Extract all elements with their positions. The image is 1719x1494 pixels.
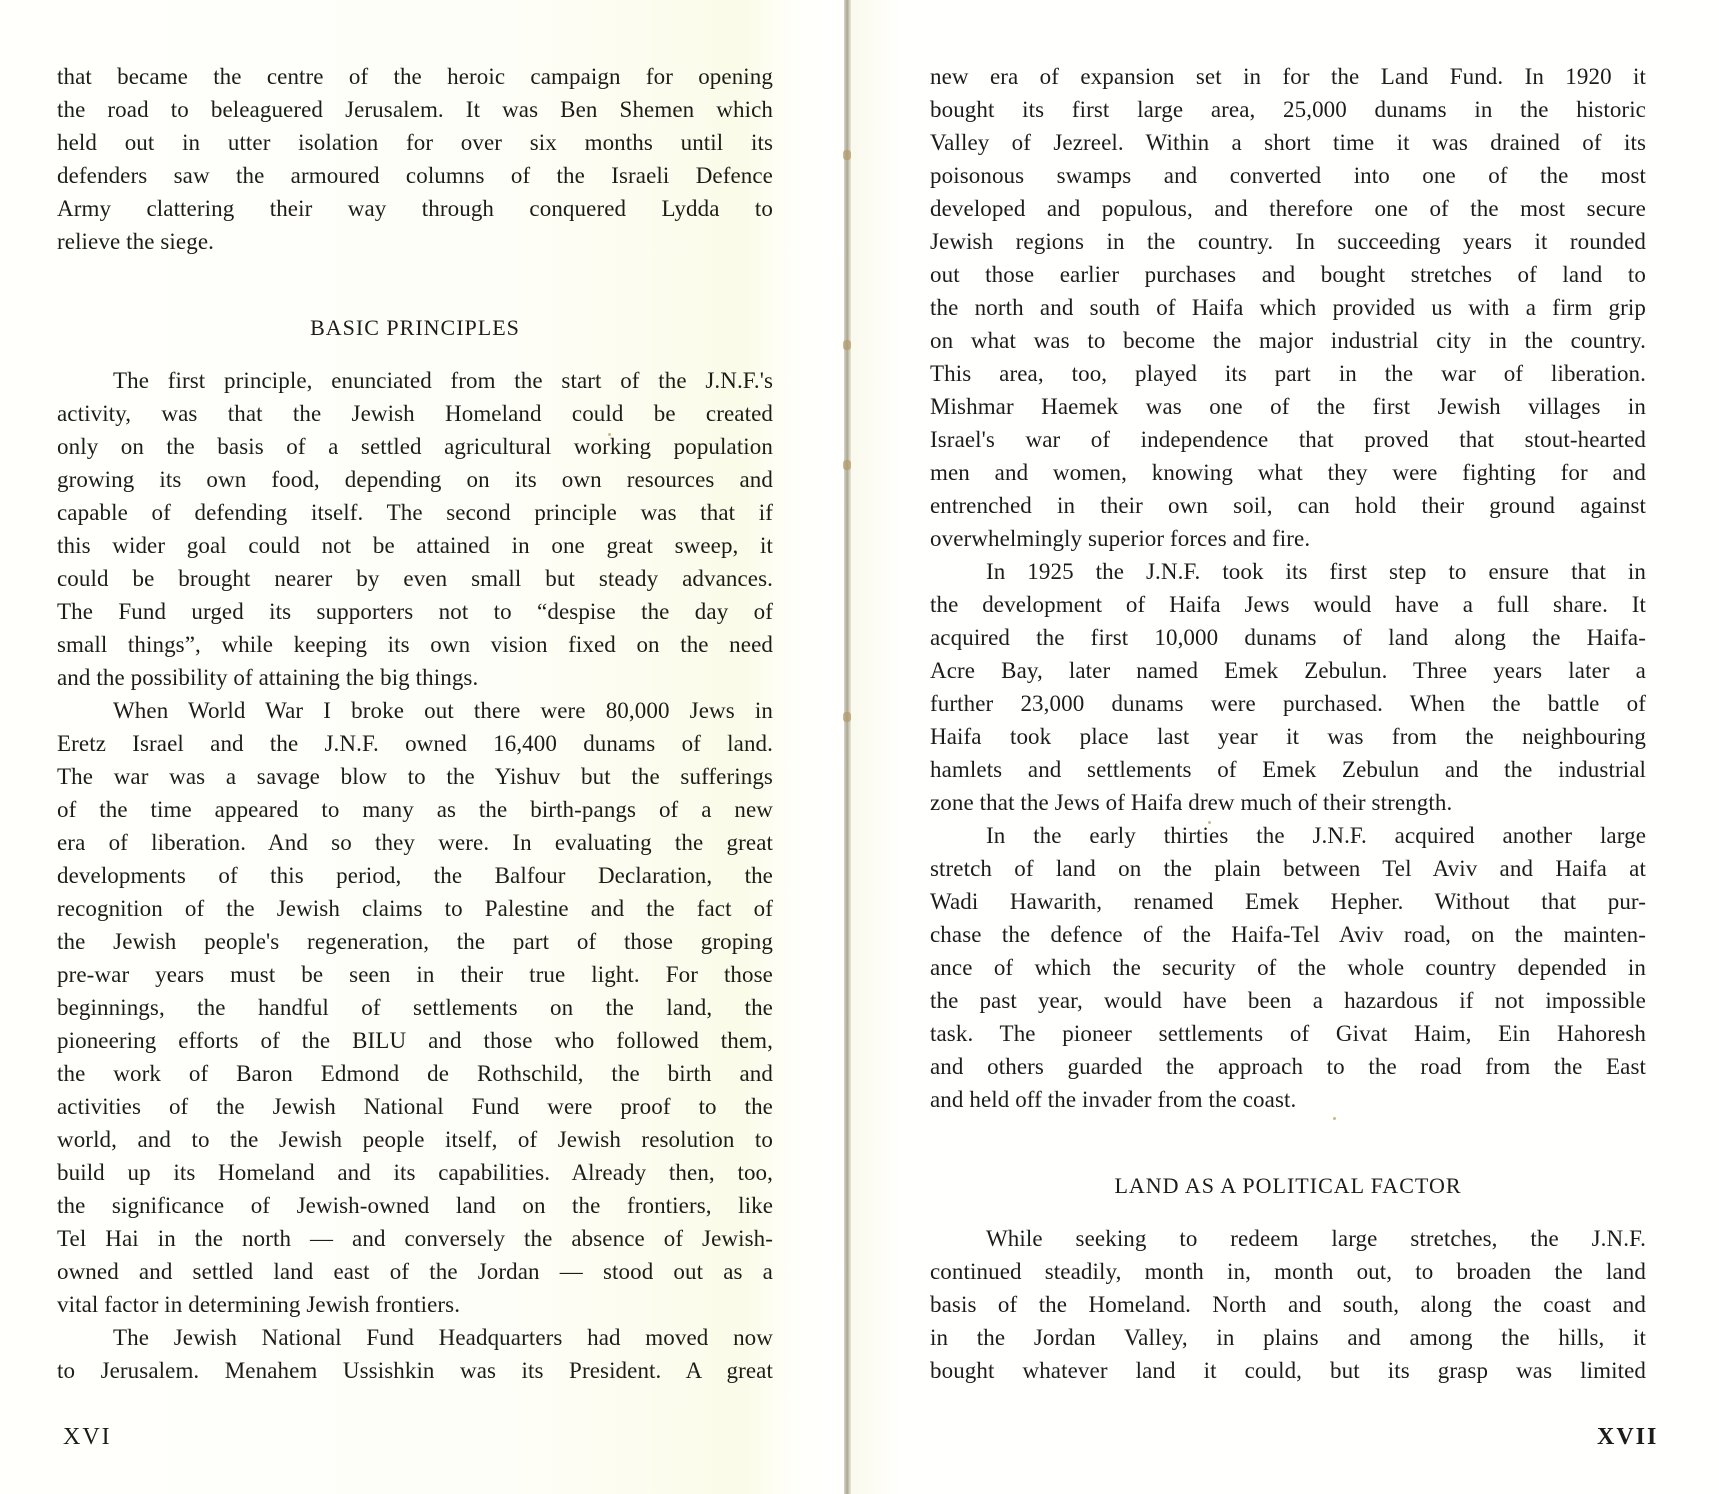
text-line: small things”, while keeping its own vis… (57, 628, 773, 661)
text-line: and held off the invader from the coast. (930, 1083, 1646, 1116)
text-line: held out in utter isolation for over six… (57, 126, 773, 159)
text-line: bought its first large area, 25,000 duna… (930, 93, 1646, 126)
text-line: the road to beleaguered Jerusalem. It wa… (57, 93, 773, 126)
text-line: hamlets and settlements of Emek Zebulun … (930, 753, 1646, 786)
paper-speck (1208, 821, 1211, 824)
text-line: pioneering efforts of the BILU and those… (57, 1024, 773, 1057)
text-line: Acre Bay, later named Emek Zebulun. Thre… (930, 654, 1646, 687)
text-line: basis of the Homeland. North and south, … (930, 1288, 1646, 1321)
continuation-paragraph: that became the centre of the heroic cam… (57, 60, 773, 258)
text-line: Eretz Israel and the J.N.F. owned 16,400… (57, 727, 773, 760)
text-line: developed and populous, and therefore on… (930, 192, 1646, 225)
paragraph-1925: In 1925 the J.N.F. took its first step t… (930, 555, 1646, 819)
text-line: Valley of Jezreel. Within a short time i… (930, 126, 1646, 159)
text-line: era of liberation. And so they were. In … (57, 826, 773, 859)
text-line: The Fund urged its supporters not to “de… (57, 595, 773, 628)
text-line: on what was to become the major industri… (930, 324, 1646, 357)
left-page-text-column: that became the centre of the heroic cam… (57, 60, 773, 1387)
book-spread: that became the centre of the heroic cam… (0, 0, 1719, 1494)
text-line: activity, was that the Jewish Homeland c… (57, 397, 773, 430)
paper-speck (608, 433, 611, 436)
text-line: In 1925 the J.N.F. took its first step t… (930, 555, 1646, 588)
text-line: of the time appeared to many as the birt… (57, 793, 773, 826)
text-line: Tel Hai in the north — and conversely th… (57, 1222, 773, 1255)
text-line: In the early thirties the J.N.F. acquire… (930, 819, 1646, 852)
paragraph-world-war-one: When World War I broke out there were 80… (57, 694, 773, 1321)
paragraph-first-principle: The first principle, enunciated from the… (57, 364, 773, 694)
right-page-text-column: new era of expansion set in for the Land… (930, 60, 1646, 1387)
text-line: bought whatever land it could, but its g… (930, 1354, 1646, 1387)
text-line: this wider goal could not be attained in… (57, 529, 773, 562)
text-line: further 23,000 dunams were purchased. Wh… (930, 687, 1646, 720)
text-line: recognition of the Jewish claims to Pale… (57, 892, 773, 925)
text-line: Jewish regions in the country. In succee… (930, 225, 1646, 258)
text-line: in the Jordan Valley, in plains and amon… (930, 1321, 1646, 1354)
paper-speck (1333, 1117, 1336, 1120)
text-line: the north and south of Haifa which provi… (930, 291, 1646, 324)
text-line: world, and to the Jewish people itself, … (57, 1123, 773, 1156)
text-line: and the possibility of attaining the big… (57, 661, 773, 694)
text-line: The Jewish National Fund Headquarters ha… (57, 1321, 773, 1354)
text-line: Haifa took place last year it was from t… (930, 720, 1646, 753)
paragraph-headquarters: The Jewish National Fund Headquarters ha… (57, 1321, 773, 1387)
text-line: defenders saw the armoured columns of th… (57, 159, 773, 192)
page-number-right: XVII (1597, 1424, 1658, 1451)
page-number-left: XVI (63, 1424, 112, 1451)
text-line: Mishmar Haemek was one of the first Jewi… (930, 390, 1646, 423)
text-line: the Jewish people's regeneration, the pa… (57, 925, 773, 958)
text-line: While seeking to redeem large stretches,… (930, 1222, 1646, 1255)
text-line: activities of the Jewish National Fund w… (57, 1090, 773, 1123)
text-line: stretch of land on the plain between Tel… (930, 852, 1646, 885)
text-line: beginnings, the handful of settlements o… (57, 991, 773, 1024)
text-line: that became the centre of the heroic cam… (57, 60, 773, 93)
text-line: Army clattering their way through conque… (57, 192, 773, 225)
text-line: only on the basis of a settled agricultu… (57, 430, 773, 463)
paragraph-redeem-stretches: While seeking to redeem large stretches,… (930, 1222, 1646, 1387)
text-line: Israel's war of independence that proved… (930, 423, 1646, 456)
text-line: pre-war years must be seen in their true… (57, 958, 773, 991)
left-page: that became the centre of the heroic cam… (0, 0, 845, 1494)
paragraph-new-era: new era of expansion set in for the Land… (930, 60, 1646, 555)
text-line: to Jerusalem. Menahem Ussishkin was its … (57, 1354, 773, 1387)
text-line: acquired the first 10,000 dunams of land… (930, 621, 1646, 654)
text-line: overwhelmingly superior forces and fire. (930, 522, 1646, 555)
text-line: continued steadily, month in, month out,… (930, 1255, 1646, 1288)
text-line: poisonous swamps and converted into one … (930, 159, 1646, 192)
book-spine (844, 0, 851, 1494)
text-line: The first principle, enunciated from the… (57, 364, 773, 397)
text-line: entrenched in their own soil, can hold t… (930, 489, 1646, 522)
text-line: could be brought nearer by even small bu… (57, 562, 773, 595)
text-line: growing its own food, depending on its o… (57, 463, 773, 496)
text-line: developments of this period, the Balfour… (57, 859, 773, 892)
text-line: When World War I broke out there were 80… (57, 694, 773, 727)
text-line: The war was a savage blow to the Yishuv … (57, 760, 773, 793)
text-line: zone that the Jews of Haifa drew much of… (930, 786, 1646, 819)
text-line: men and women, knowing what they were fi… (930, 456, 1646, 489)
text-line: chase the defence of the Haifa-Tel Aviv … (930, 918, 1646, 951)
text-line: and others guarded the approach to the r… (930, 1050, 1646, 1083)
text-line: out those earlier purchases and bought s… (930, 258, 1646, 291)
text-line: build up its Homeland and its capabiliti… (57, 1156, 773, 1189)
section-heading-basic-principles: BASIC PRINCIPLES (57, 311, 773, 344)
text-line: ance of which the security of the whole … (930, 951, 1646, 984)
text-line: the work of Baron Edmond de Rothschild, … (57, 1057, 773, 1090)
section-heading-land-political-factor: LAND AS A POLITICAL FACTOR (930, 1169, 1646, 1202)
paragraph-early-thirties: In the early thirties the J.N.F. acquire… (930, 819, 1646, 1116)
text-line: the development of Haifa Jews would have… (930, 588, 1646, 621)
text-line: Wadi Hawarith, renamed Emek Hepher. With… (930, 885, 1646, 918)
text-line: the significance of Jewish-owned land on… (57, 1189, 773, 1222)
text-line: capable of defending itself. The second … (57, 496, 773, 529)
text-line: This area, too, played its part in the w… (930, 357, 1646, 390)
text-line: new era of expansion set in for the Land… (930, 60, 1646, 93)
text-line: vital factor in determining Jewish front… (57, 1288, 773, 1321)
text-line: relieve the siege. (57, 225, 773, 258)
text-line: the past year, would have been a hazardo… (930, 984, 1646, 1017)
text-line: owned and settled land east of the Jorda… (57, 1255, 773, 1288)
text-line: task. The pioneer settlements of Givat H… (930, 1017, 1646, 1050)
